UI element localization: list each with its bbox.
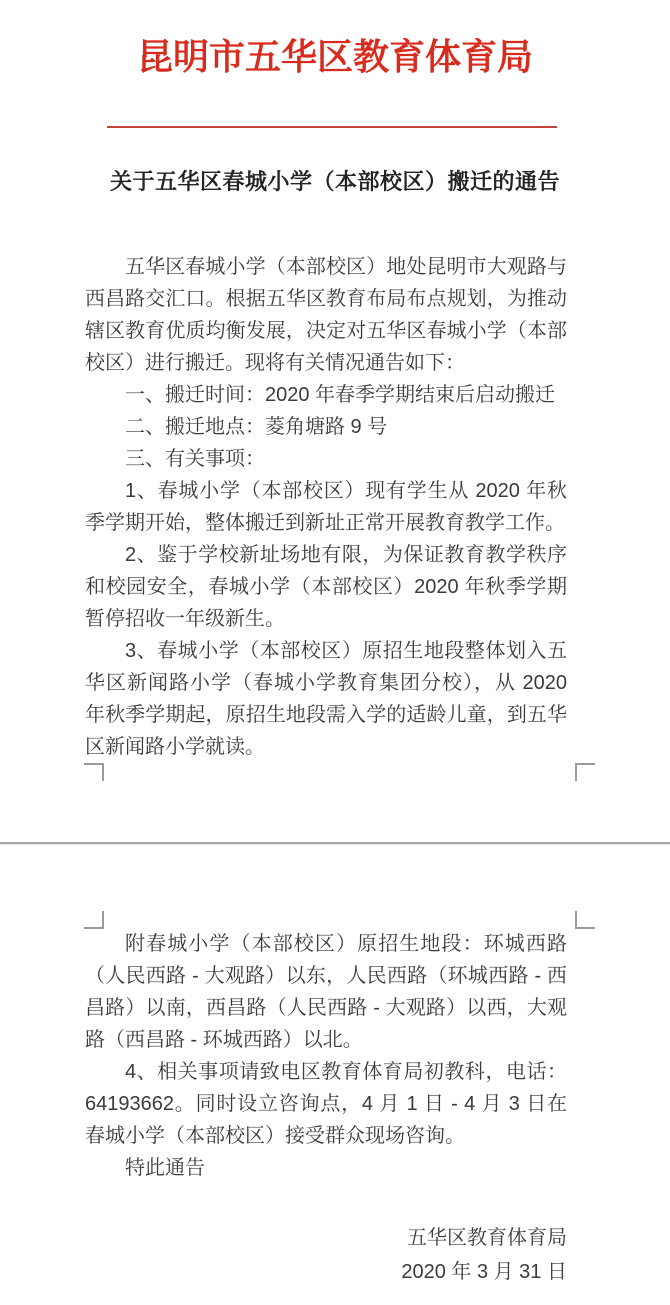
- notice-attachment-districts: 附春城小学（本部校区）原招生地段：环城西路（人民西路 - 大观路）以东，人民西路…: [85, 928, 567, 1056]
- notice-paragraph-intro: 五华区春城小学（本部校区）地处昆明市大观路与西昌路交汇口。根据五华区教育布局布点…: [85, 251, 567, 379]
- page1-margin-mark-left: [84, 763, 104, 781]
- page2-margin-mark-right: [575, 911, 595, 929]
- page1-body: 五华区春城小学（本部校区）地处昆明市大观路与西昌路交汇口。根据五华区教育布局布点…: [85, 251, 567, 763]
- notice-matter-2: 2、鉴于学校新址场地有限，为保证教育教学秩序和校园安全，春城小学（本部校区）20…: [85, 539, 567, 635]
- signature-org: 五华区教育体育局: [85, 1221, 567, 1255]
- notice-title: 关于五华区春城小学（本部校区）搬迁的通告: [0, 167, 670, 197]
- notice-matter-3: 3、春城小学（本部校区）原招生地段整体划入五华区新闻路小学（春城小学教育集团分校…: [85, 635, 567, 763]
- signature-block: 五华区教育体育局 2020 年 3 月 31 日: [85, 1221, 567, 1289]
- notice-closing: 特此通告: [85, 1152, 567, 1184]
- signature-date: 2020 年 3 月 31 日: [85, 1255, 567, 1289]
- letterhead-org-name: 昆明市五华区教育体育局: [0, 34, 670, 80]
- notice-matter-1: 1、春城小学（本部校区）现有学生从 2020 年秋季学期开始，整体搬迁到新址正常…: [85, 475, 567, 539]
- notice-item-move-time: 一、搬迁时间：2020 年春季学期结束后启动搬迁: [85, 379, 567, 411]
- page1-margin-mark-right: [575, 763, 595, 781]
- page2-margin-mark-left: [84, 911, 104, 929]
- page-break-divider: [0, 842, 670, 844]
- notice-matter-4: 4、相关事项请致电区教育体育局初教科，电话：64193662。同时设立咨询点，4…: [85, 1056, 567, 1152]
- page2-body: 附春城小学（本部校区）原招生地段：环城西路（人民西路 - 大观路）以东，人民西路…: [85, 928, 567, 1184]
- letterhead-rule: [107, 126, 557, 128]
- notice-item-move-place: 二、搬迁地点：菱角塘路 9 号: [85, 411, 567, 443]
- notice-document: 昆明市五华区教育体育局 关于五华区春城小学（本部校区）搬迁的通告 五华区春城小学…: [0, 0, 670, 1305]
- notice-item-matters-head: 三、有关事项：: [85, 443, 567, 475]
